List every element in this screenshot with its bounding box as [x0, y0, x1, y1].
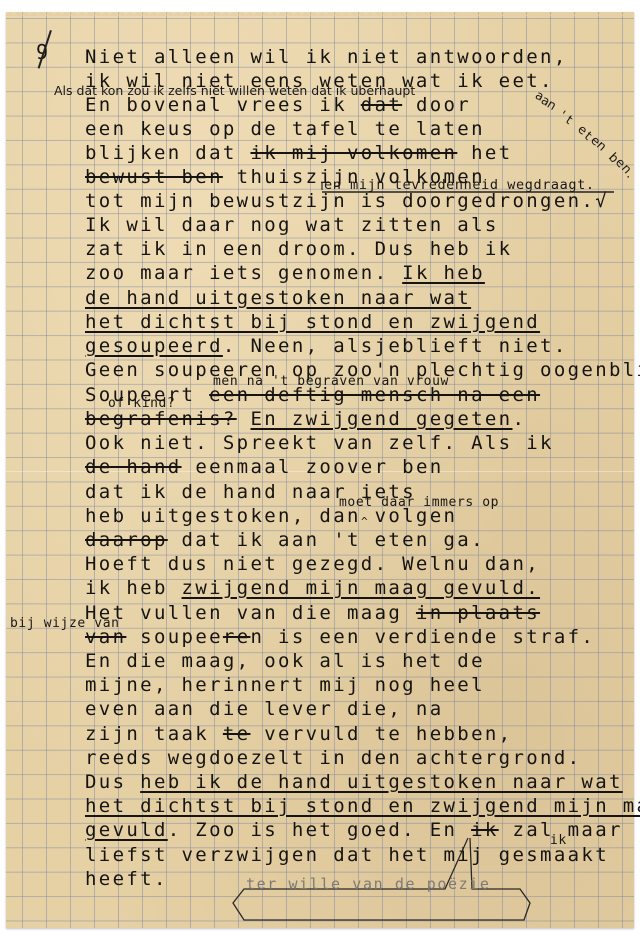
annotation-ter-wille-van-de-poezie: ter wille van de poëzie: [246, 875, 491, 893]
poezie-callout-outline: [0, 0, 640, 938]
